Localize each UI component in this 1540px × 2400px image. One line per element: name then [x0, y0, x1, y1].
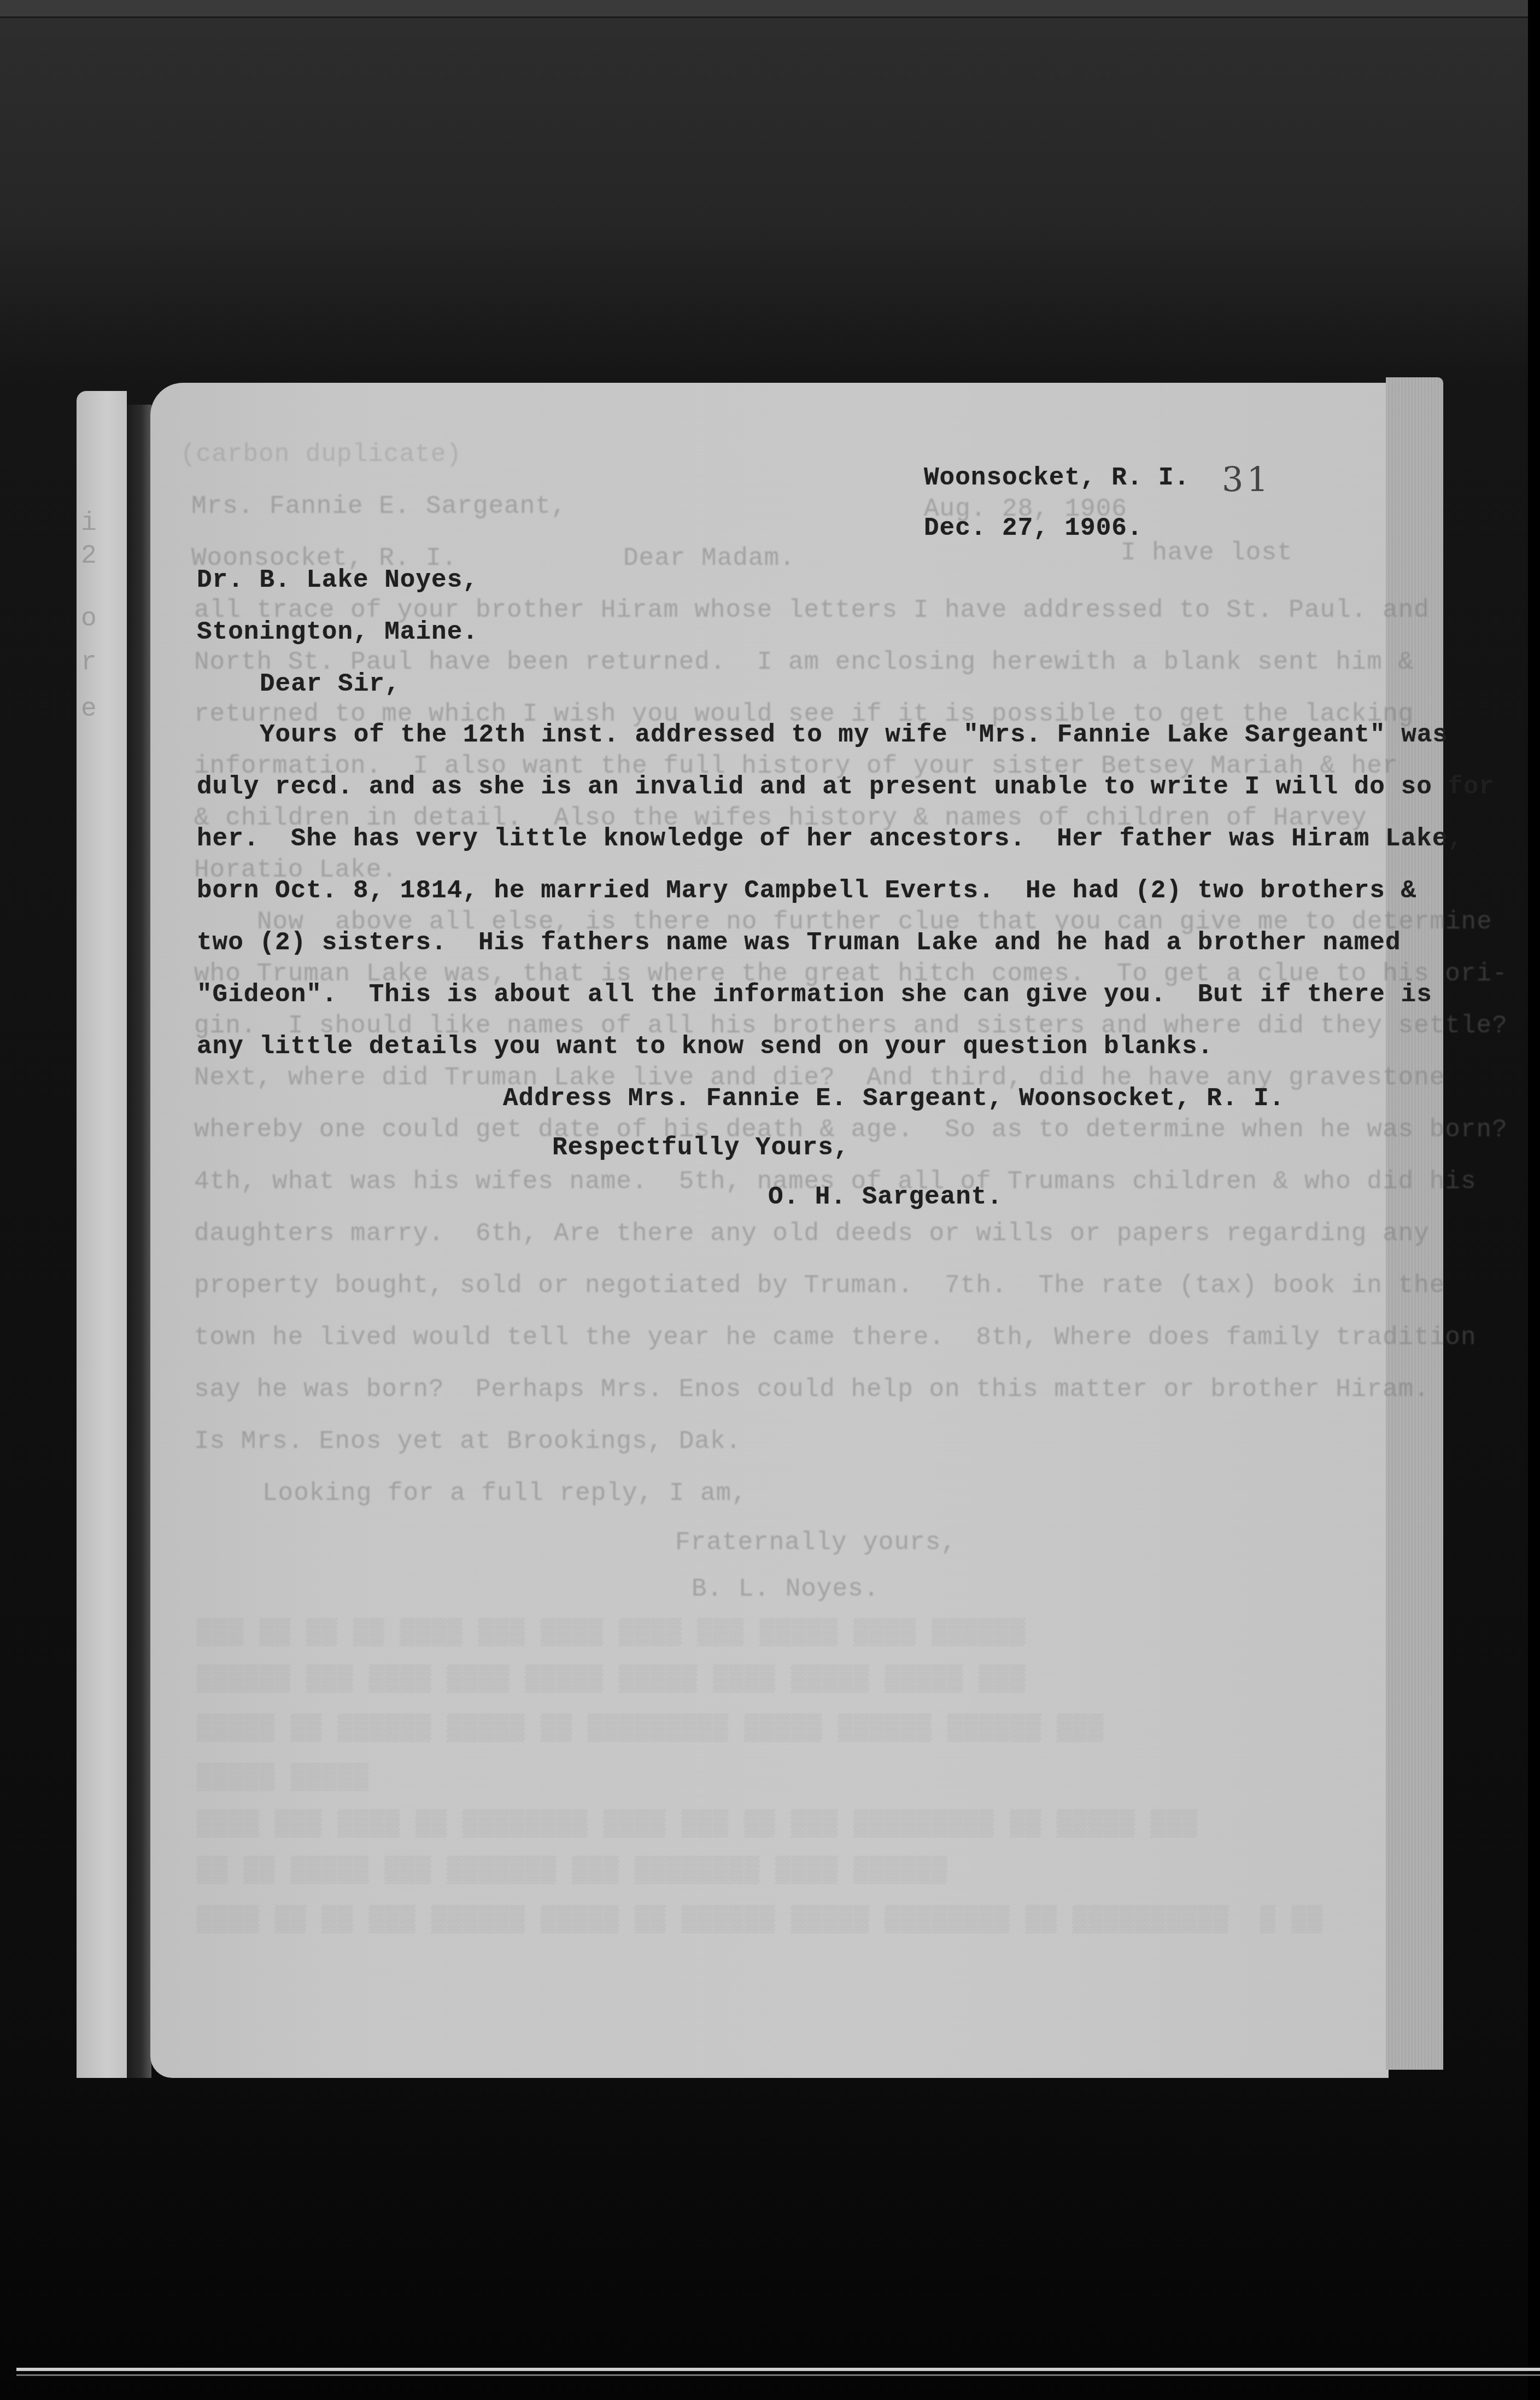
bleed-illegible-line: ▒▒▒▒▒▒ ▒▒▒ ▒▒▒▒ ▒▒▒▒ ▒▒▒▒▒ ▒▒▒▒▒ ▒▒▒▒ ▒▒… — [197, 1665, 1026, 1694]
bleed-line: say he was born? Perhaps Mrs. Enos could… — [194, 1375, 1430, 1404]
bleed-illegible-line: ▒▒ ▒▒ ▒▒▒▒▒ ▒▒▒ ▒▒▒▒▒▒▒ ▒▒▒ ▒▒▒▒▒▒▒▒ ▒▒▒… — [197, 1856, 947, 1885]
previous-page-strip: i 2 o r e — [77, 391, 127, 2078]
bleed-recipient-name: Mrs. Fannie E. Sargeant, — [191, 492, 567, 521]
strip-ghost-char: o — [81, 604, 97, 634]
page-number-stamp: 31 — [1222, 459, 1272, 499]
body-line: born Oct. 8, 1814, he married Mary Campb… — [197, 877, 1416, 905]
bleed-line: town he lived would tell the year he cam… — [194, 1323, 1477, 1352]
bleed-closing-line: Looking for a full reply, I am, — [262, 1479, 747, 1508]
strip-ghost-char: 2 — [81, 541, 97, 571]
bleed-illegible-line: ▒▒▒▒▒ ▒▒ ▒▒▒▒▒▒ ▒▒▒▒▒ ▒▒ ▒▒▒▒▒▒▒▒▒ ▒▒▒▒▒… — [197, 1714, 1104, 1743]
bleed-line: whereby one could get date of his death … — [194, 1116, 1508, 1144]
bleed-closing: Fraternally yours, — [675, 1528, 957, 1557]
bleed-illegible-line: ▒▒▒▒▒ ▒▒▒▒▒ — [197, 1763, 369, 1792]
body-line: duly recd. and as she is an invalid and … — [197, 773, 1495, 801]
film-edge-bottom-line — [16, 2374, 1540, 2376]
bleed-illegible-line: ▒▒▒ ▒▒ ▒▒ ▒▒ ▒▒▒▒ ▒▒▒ ▒▒▒▒ ▒▒▒▒ ▒▒▒ ▒▒▒▒… — [197, 1619, 1026, 1647]
strip-ghost-char: e — [81, 694, 97, 724]
strip-ghost-char: r — [81, 648, 97, 678]
body-line: two (2) sisters. His fathers name was Tr… — [197, 929, 1401, 957]
bleed-line: property bought, sold or negotiated by T… — [194, 1271, 1445, 1300]
recipient-name: Dr. B. Lake Noyes, — [197, 566, 478, 594]
address-note: Address Mrs. Fannie E. Sargeant, Woonsoc… — [503, 1084, 1285, 1113]
book-gutter — [127, 405, 151, 2078]
salutation: Dear Sir, — [260, 670, 400, 698]
letter-date: Dec. 27, 1906. — [924, 514, 1143, 542]
closing: Respectfully Yours, — [552, 1134, 850, 1162]
film-edge-top — [0, 0, 1531, 18]
bleed-signature: B. L. Noyes. — [692, 1575, 879, 1603]
strip-ghost-char: i — [81, 509, 97, 538]
recipient-address: Stonington, Maine. — [197, 618, 478, 646]
film-edge-right — [1528, 0, 1540, 2400]
bleed-illegible-line: ▒▒▒▒ ▒▒▒ ▒▒▒▒ ▒▒ ▒▒▒▒▒▒▒▒ ▒▒▒▒ ▒▒▒ ▒▒ ▒▒… — [197, 1810, 1198, 1838]
bleed-header-note: (carbon duplicate) — [180, 440, 462, 469]
bleed-opening: I have lost — [1121, 539, 1293, 567]
film-edge-bottom — [16, 2368, 1540, 2371]
body-line: "Gideon". This is about all the informat… — [197, 980, 1432, 1009]
body-line: Yours of the 12th inst. addressed to my … — [260, 721, 1448, 749]
signature: O. H. Sargeant. — [768, 1183, 1003, 1211]
body-line: any little details you want to know send… — [197, 1032, 1213, 1061]
bleed-salutation: Dear Madam. — [623, 544, 795, 573]
bleed-illegible-line: ▒▒▒▒ ▒▒ ▒▒ ▒▒▒ ▒▒▒▒▒▒ ▒▒▒▒▒ ▒▒ ▒▒▒▒▒▒ ▒▒… — [197, 1906, 1323, 1934]
letter-place: Woonsocket, R. I. — [924, 464, 1190, 492]
bleed-line: daughters marry. 6th, Are there any old … — [194, 1219, 1430, 1248]
bleed-line: Is Mrs. Enos yet at Brookings, Dak. — [194, 1427, 741, 1456]
body-line: her. She has very little knowledge of he… — [197, 825, 1463, 853]
